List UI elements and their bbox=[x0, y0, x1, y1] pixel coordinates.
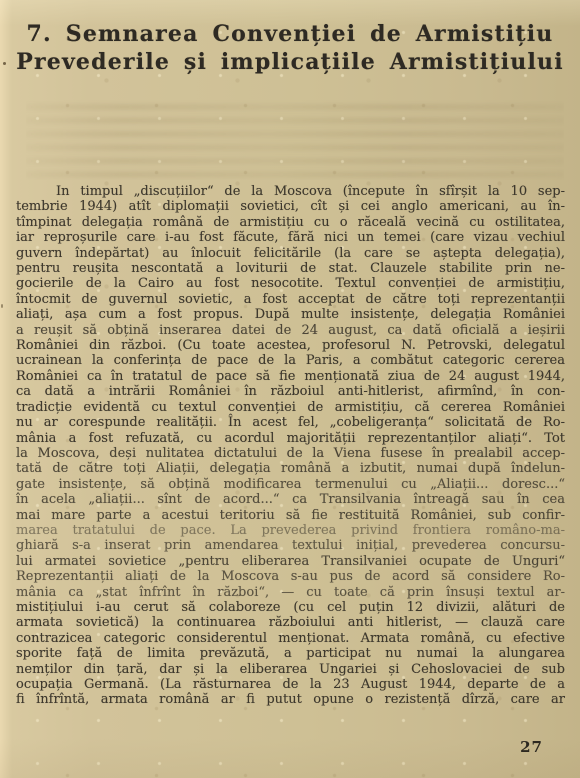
text-line: României ca în tratatul de pace să fie m… bbox=[16, 369, 565, 384]
text-line: contrazicea categoric considerentul menț… bbox=[16, 631, 565, 646]
text-line: In timpul „discuțiilor“ de la Moscova (î… bbox=[16, 184, 565, 199]
text-line: gate insistențe, să obțină modificarea t… bbox=[16, 477, 565, 492]
text-line: ghiară s-a inserat prin amendarea textul… bbox=[16, 538, 565, 553]
chapter-title: 7. Semnarea Convenției de Armistițiu Pre… bbox=[10, 20, 570, 76]
text-line: fi înfrîntă, armata română ar fi putut o… bbox=[16, 692, 565, 707]
text-line: mânia ca „stat înfrînt în război“, — cu … bbox=[16, 585, 565, 600]
text-line: aliați, așa cum a fost propus. După mult… bbox=[16, 307, 565, 322]
chapter-title-line-2: Prevederile și implicațiile Armistițiulu… bbox=[10, 48, 570, 76]
text-line: ocupația Germană. (La răsturnarea de la … bbox=[16, 677, 565, 692]
scanned-page: 7. Semnarea Convenției de Armistițiu Pre… bbox=[0, 0, 580, 778]
text-line: tată de către toți Aliații, delegația ro… bbox=[16, 461, 565, 476]
body-text: In timpul „discuțiilor“ de la Moscova (î… bbox=[16, 184, 565, 708]
paper-speck bbox=[3, 62, 6, 65]
text-line: marea tratatului de pace. La prevederea … bbox=[16, 523, 565, 538]
text-line: mistițiului i-au cerut să colaboreze (cu… bbox=[16, 600, 565, 615]
chapter-title-line-1: 7. Semnarea Convenției de Armistițiu bbox=[10, 20, 570, 48]
text-line: iar reproșurile care i-au fost făcute, f… bbox=[16, 230, 565, 245]
text-line: întocmit de guvernul sovietic, a fost ac… bbox=[16, 292, 565, 307]
text-line: guvern îndepărtat) au înlocuit felicităr… bbox=[16, 246, 565, 261]
text-line: la Moscova, deși nulitatea dictatului de… bbox=[16, 446, 565, 461]
text-line: mai mare parte a acestui teritoriu să fi… bbox=[16, 508, 565, 523]
text-line: a reușit să obțină inserarea datei de 24… bbox=[16, 323, 565, 338]
page-number: 27 bbox=[520, 738, 543, 756]
paper-speck bbox=[1, 304, 3, 308]
text-line: tradicție evidentă cu textul convenției … bbox=[16, 400, 565, 415]
text-line: sporite față de limita prevăzută, a part… bbox=[16, 646, 565, 661]
text-line: României din război. (Cu toate acestea, … bbox=[16, 338, 565, 353]
text-line: nu ar corespunde realității. În acest fe… bbox=[16, 415, 565, 430]
text-line: gocierile de la Cairo au fost nesocotite… bbox=[16, 276, 565, 291]
text-line: mânia a fost refuzată, cu acordul majori… bbox=[16, 431, 565, 446]
text-line: pentru reușita nescontată a loviturii de… bbox=[16, 261, 565, 276]
text-line: lui armatei sovietice „pentru eliberarea… bbox=[16, 554, 565, 569]
bleed-through-texture bbox=[26, 100, 564, 180]
text-line: nemților din țară, dar și la eliberarea … bbox=[16, 662, 565, 677]
text-line: tembrie 1944) atît diplomații sovietici,… bbox=[16, 199, 565, 214]
paper-speck bbox=[436, 37, 438, 39]
text-line: Reprezentanții aliați de la Moscova s-au… bbox=[16, 569, 565, 584]
text-line: ucrainean la conferința de pace de la Pa… bbox=[16, 353, 565, 368]
text-line: tîmpinat delegația română de armistițiu … bbox=[16, 215, 565, 230]
text-line: armata sovietică) la continuarea războiu… bbox=[16, 615, 565, 630]
text-line: ca dată a intrării României în războiul … bbox=[16, 384, 565, 399]
text-line: în acela „aliații... sînt de acord...“ c… bbox=[16, 492, 565, 507]
